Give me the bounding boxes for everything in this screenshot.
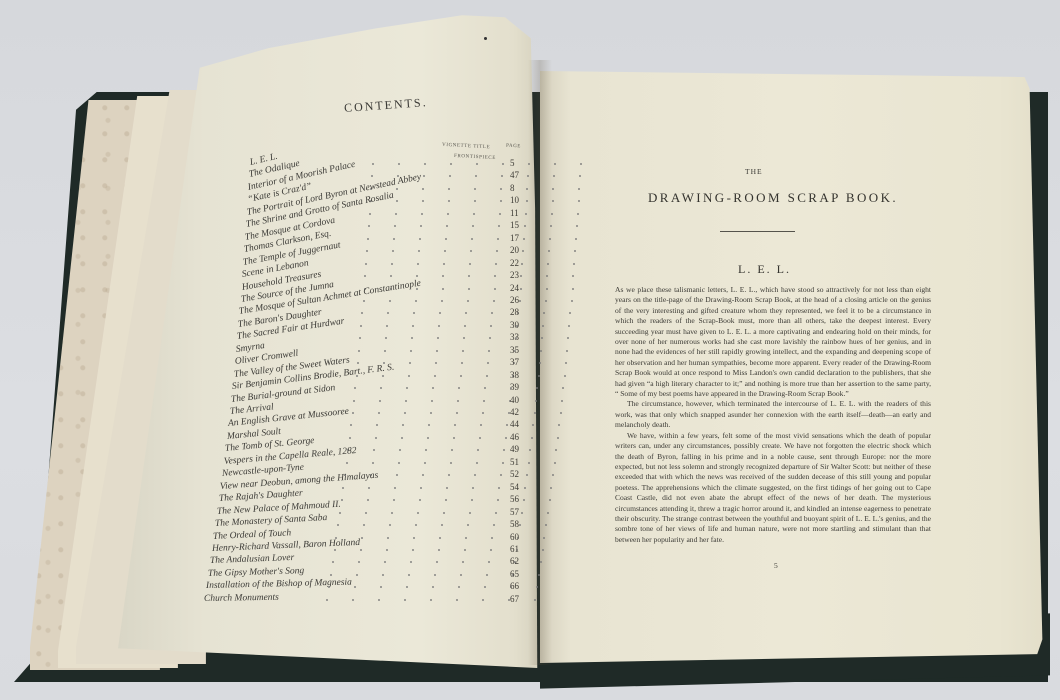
contents-entry-page: 26 [510,295,519,305]
contents-page: CONTENTS. Vignette Title Frontispiece Pa… [150,40,530,660]
contents-entry-page: 20 [510,245,519,255]
leader-dots [344,375,574,377]
contents-entry-page: 33 [510,332,519,342]
contents-entry-page: 67 [510,594,519,604]
paragraph: The circumstance, however, which termina… [615,399,931,430]
contents-entry: Church Monuments67 [204,594,500,606]
leader-dots [357,213,587,215]
leader-dots [325,524,555,526]
contents-entry-title: The Andalusian Lover [210,553,295,566]
contents-entry: Installation of the Bishop of Magnesia66 [206,581,500,593]
book-title: DRAWING-ROOM SCRAP BOOK. [648,190,898,206]
leader-dots [341,400,571,402]
contents-entry-page: 57 [510,507,519,517]
leader-dots [351,300,581,302]
contents-entry: The Sacred Fair at Hurdwar33 [237,332,500,344]
contents-entry-page: 28 [510,307,519,317]
contents-entry-page: 58 [510,519,519,529]
leader-dots [335,449,565,451]
leader-dots [360,163,590,165]
article-body: As we place these talismanic letters, L.… [615,285,931,545]
contents-entry-page: 52 [510,469,519,479]
contents-entry-page: 40 [510,395,519,405]
contents-entry-title: The Gipsy Mother's Song [208,566,304,579]
contents-entry-page: 17 [510,233,519,243]
leader-dots [354,250,584,252]
leader-dots [356,225,586,227]
leader-dots [349,312,579,314]
leader-dots [353,263,583,265]
paragraph: As we place these talismanic letters, L.… [615,285,931,399]
contents-entry-page: 66 [510,581,519,591]
contents-entry-page: 44 [510,419,519,429]
contents-entry-page: 24 [510,283,519,293]
contents-entry-page: 49 [510,444,519,454]
contents-entry-page: 22 [510,258,519,268]
contents-entry-page: 62 [510,556,519,566]
leader-dots [337,437,567,439]
leader-dots [338,424,568,426]
section-heading: L. E. L. [738,262,791,277]
paragraph: We have, within a few years, felt some o… [615,431,931,545]
contents-entry-title: Church Monuments [204,592,279,603]
leader-dots [330,487,560,489]
contents-entry-page: 8 [510,183,515,193]
contents-entry-page: 46 [510,432,519,442]
contents-title: CONTENTS. [344,95,429,116]
contents-entry-page: 38 [510,370,519,380]
leader-dots [340,412,570,414]
contents-entry-page: 5 [510,158,515,168]
title-rule [720,231,795,232]
contents-entry-page: 37 [510,357,519,367]
contents-entry-page: 54 [510,482,519,492]
leader-dots [348,325,578,327]
leader-dots [355,238,585,240]
leader-dots [346,350,576,352]
contents-entry: The Andalusian Lover62 [210,556,500,568]
contents-entry-page: 65 [510,569,519,579]
contents-entry-page: 11 [510,208,519,218]
contents-entry-page: 15 [510,220,519,230]
leader-dots [352,275,582,277]
contents-entry-page: 56 [510,494,519,504]
contents-entry-page: 42 [510,407,519,417]
page-number: 5 [774,561,778,570]
leader-dots [342,387,572,389]
contents-entry-page: 47 [510,170,519,180]
contents-entry-page: 61 [510,544,519,554]
contents-entry-page: 10 [510,195,519,205]
leader-dots [329,499,559,501]
contents-entry-page: 60 [510,532,519,542]
contents-entry-page: 39 [510,382,519,392]
column-header-vignette: Vignette Title [442,143,490,151]
contents-entry-page: 30 [510,320,519,330]
leader-dots [327,512,557,514]
column-header-page: Page [506,144,521,150]
contents-entry-page: 23 [510,270,519,280]
title-prefix: THE [745,167,763,176]
contents-entry-page: 35 [510,345,519,355]
leader-dots [347,337,577,339]
contents-entry-title: Installation of the Bishop of Magnesia [206,578,352,591]
contents-entry-page: 51 [510,457,519,467]
leader-dots [334,462,564,464]
